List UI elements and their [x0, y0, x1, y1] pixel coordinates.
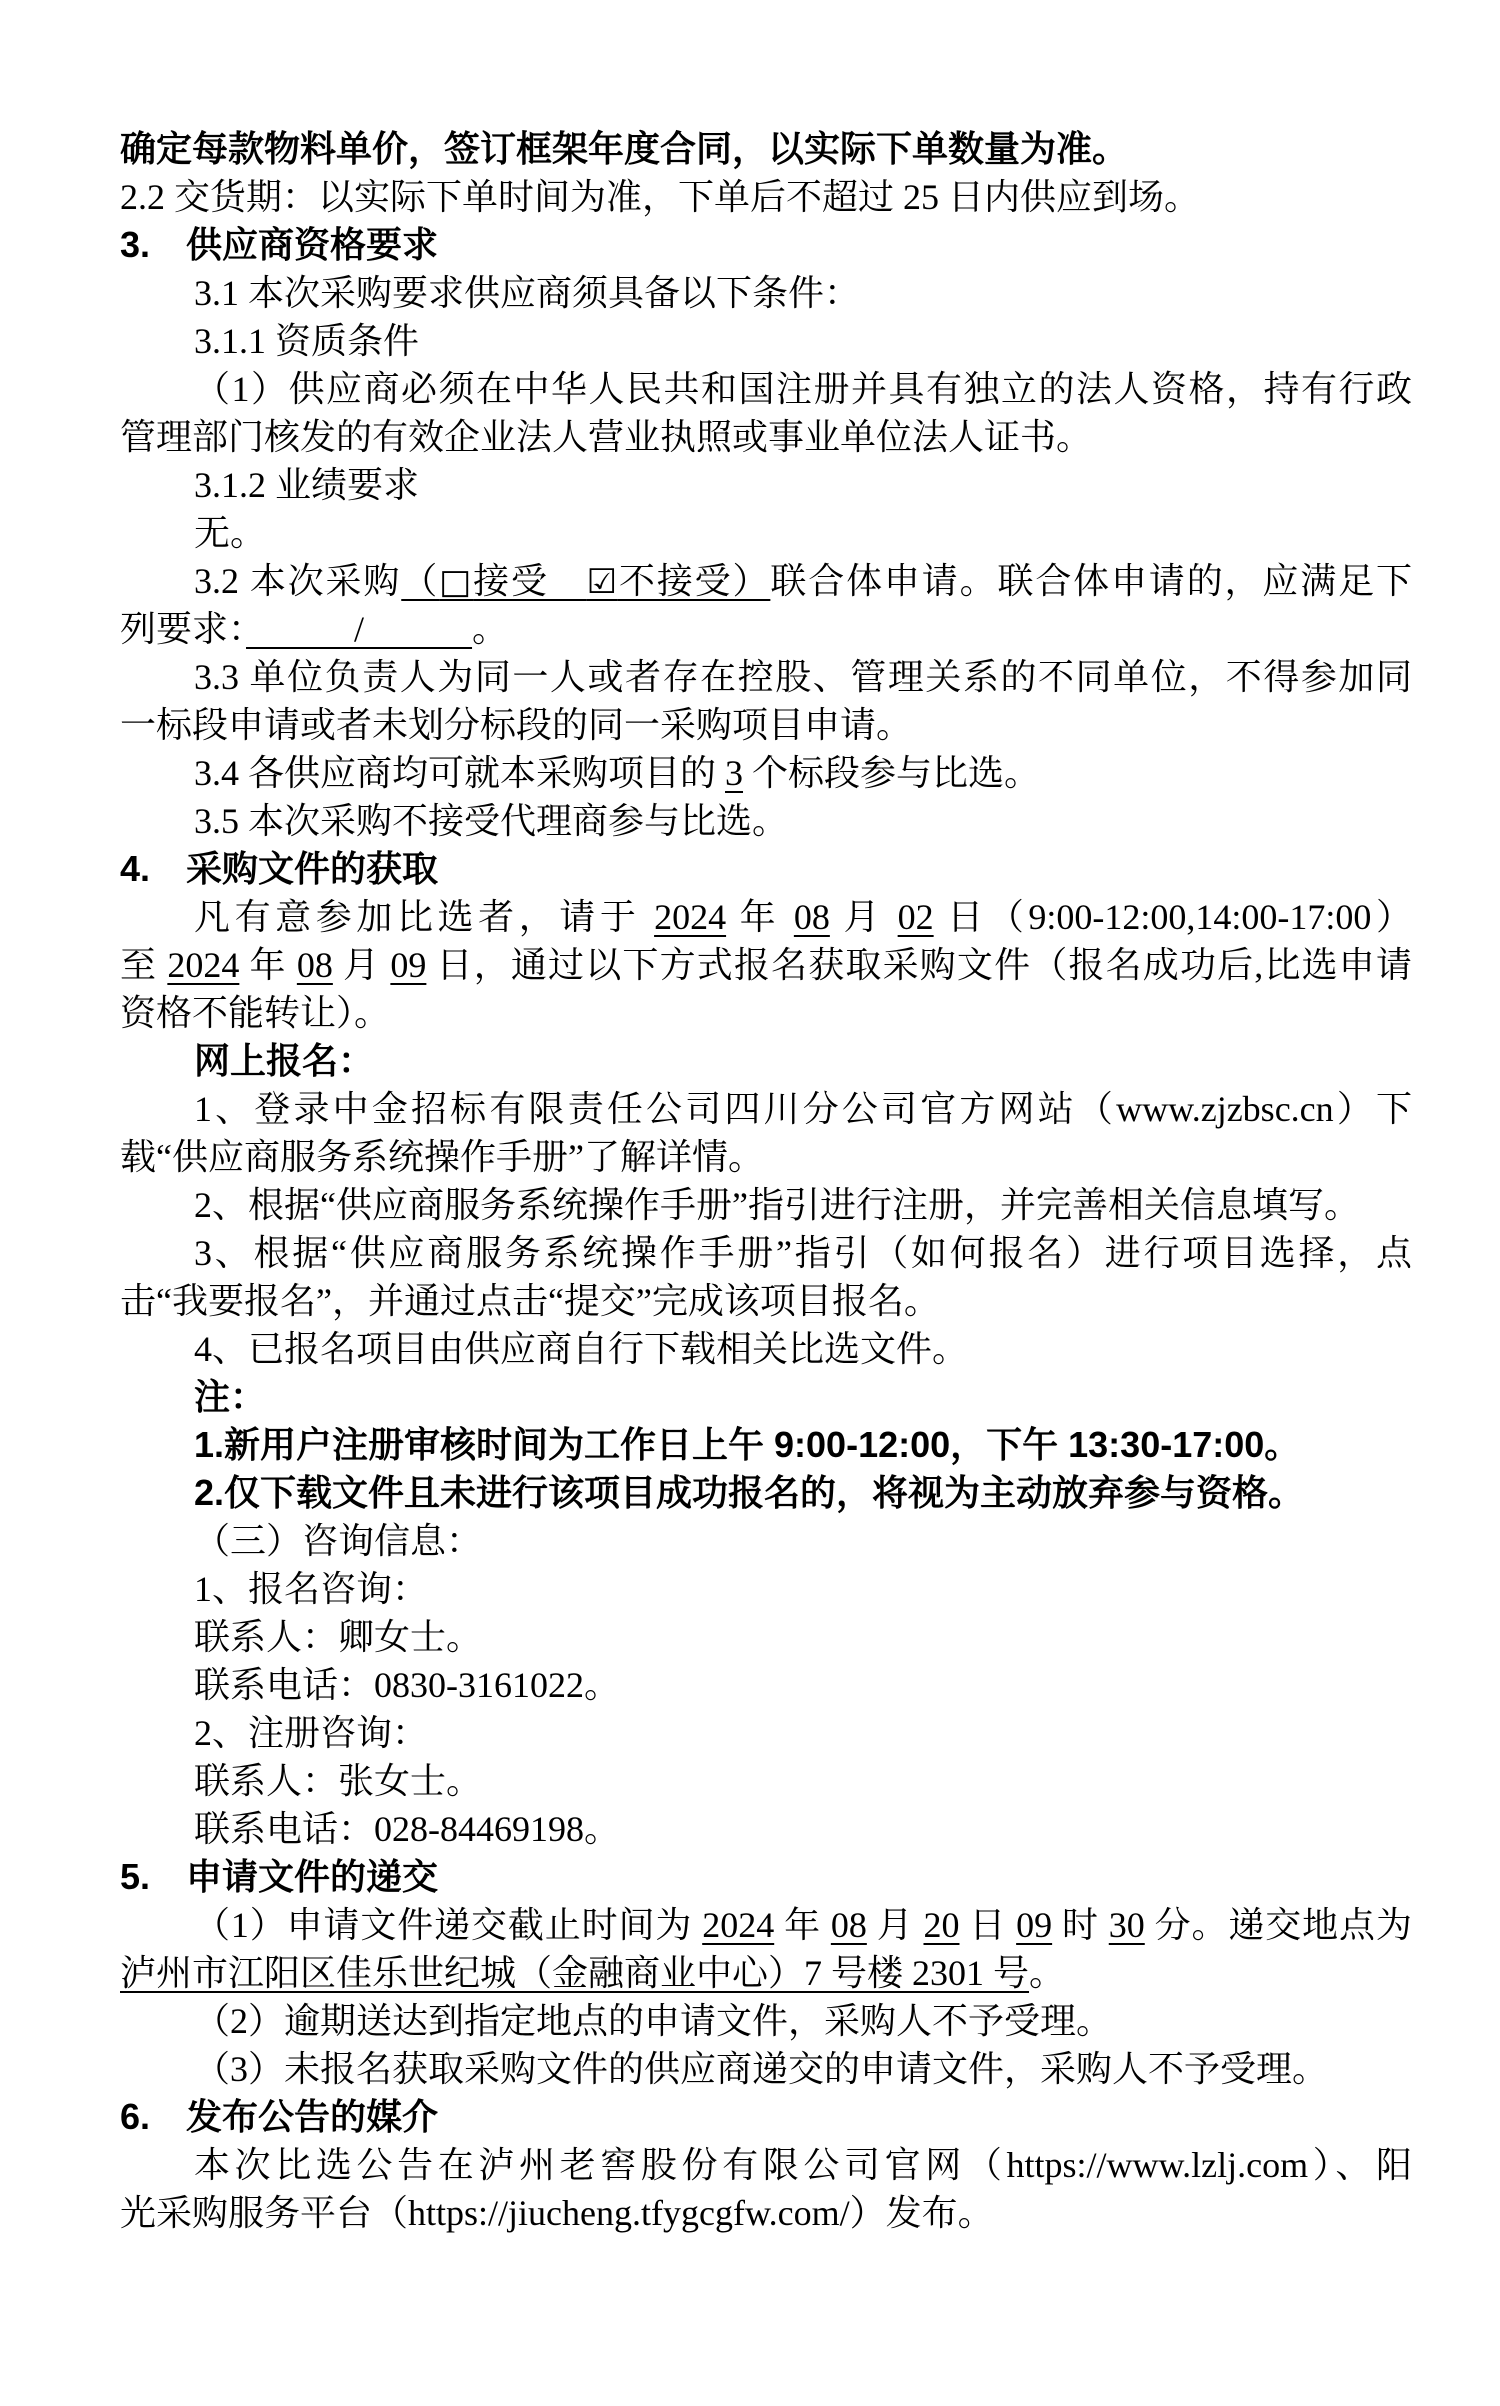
- document-line: （1）申请文件递交截止时间为 2024 年 08 月 20 日 09 时 30 …: [120, 1901, 1412, 1949]
- document-line: 列要求： / 。: [120, 605, 1412, 653]
- document-line: （3）未报名获取采购文件的供应商递交的申请文件，采购人不予受理。: [120, 2045, 1412, 2093]
- document-line: 资格不能转让）。: [120, 989, 1412, 1037]
- document-line: 3.3 单位负责人为同一人或者存在控股、管理关系的不同单位，不得参加同: [120, 653, 1412, 701]
- document-line: （2）逾期送达到指定地点的申请文件，采购人不予受理。: [120, 1997, 1412, 2045]
- text-run: 日: [959, 1905, 1016, 1945]
- text-run: 3.4 各供应商均可就本采购项目的: [194, 753, 725, 793]
- underlined-text: 2024: [167, 945, 239, 985]
- text-run: 联系电话：0830-3161022。: [194, 1665, 620, 1705]
- underlined-text: 3: [725, 753, 743, 793]
- underlined-text: 02: [898, 897, 934, 937]
- text-run: （2）逾期送达到指定地点的申请文件，采购人不予受理。: [194, 2001, 1112, 2041]
- document-line: 管理部门核发的有效企业法人营业执照或事业单位法人证书。: [120, 413, 1412, 461]
- text-run: 确定每款物料单价，签订框架年度合同，以实际下单数量为准。: [120, 128, 1128, 169]
- text-run: 管理部门核发的有效企业法人营业执照或事业单位法人证书。: [120, 417, 1092, 457]
- document-line: 载“供应商服务系统操作手册”了解详情。: [120, 1133, 1412, 1181]
- text-run: 3.1.1 资质条件: [194, 321, 419, 361]
- underlined-text: 09: [1016, 1905, 1052, 1945]
- document-line: 1.新用户注册审核时间为工作日上午 9:00-12:00，下午 13:30-17…: [120, 1421, 1412, 1469]
- underlined-text: 泸州市江阳区佳乐世纪城（金融商业中心）7 号楼 2301 号: [120, 1953, 1029, 1993]
- text-run: 资格不能转让）。: [120, 993, 390, 1033]
- document-line: 3.1.1 资质条件: [120, 317, 1412, 365]
- text-run: 年: [726, 897, 794, 937]
- text-run: 2、根据“供应商服务系统操作手册”指引进行注册，并完善相关信息填写。: [194, 1185, 1360, 1225]
- text-run: 2.2 交货期：以实际下单时间为准，下单后不超过 25 日内供应到场。: [120, 177, 1200, 217]
- document-line: 无。: [120, 509, 1412, 557]
- text-run: 4、已报名项目由供应商自行下载相关比选文件。: [194, 1329, 968, 1369]
- document-line: 6. 发布公告的媒介: [120, 2093, 1412, 2141]
- document-line: 泸州市江阳区佳乐世纪城（金融商业中心）7 号楼 2301 号。: [120, 1949, 1412, 1997]
- text-run: 。: [1029, 1953, 1065, 1993]
- document-page: 确定每款物料单价，签订框架年度合同，以实际下单数量为准。2.2 交货期：以实际下…: [0, 0, 1500, 2406]
- text-run: 日（9:00-12:00,14:00-17:00）: [934, 897, 1412, 937]
- underlined-text: 2024: [702, 1905, 774, 1945]
- text-run: 3.3 单位负责人为同一人或者存在控股、管理关系的不同单位，不得参加同: [194, 657, 1412, 697]
- document-line: 光采购服务平台（https://jiucheng.tfygcgfw.com/）发…: [120, 2189, 1412, 2237]
- document-line: 本次比选公告在泸州老窖股份有限公司官网（https://www.lzlj.com…: [120, 2141, 1412, 2189]
- underlined-text: 30: [1109, 1905, 1145, 1945]
- document-line: 网上报名：: [120, 1037, 1412, 1085]
- text-run: 联系人：张女士。: [194, 1761, 482, 1801]
- text-run: 1、报名咨询：: [194, 1569, 428, 1609]
- document-line: 2.2 交货期：以实际下单时间为准，下单后不超过 25 日内供应到场。: [120, 173, 1412, 221]
- underlined-text: 08: [831, 1905, 867, 1945]
- document-line: 一标段申请或者未划分标段的同一采购项目申请。: [120, 701, 1412, 749]
- text-run: （三）咨询信息：: [194, 1521, 482, 1561]
- text-run: 本次比选公告在泸州老窖股份有限公司官网（https://www.lzlj.com…: [194, 2145, 1412, 2185]
- text-run: 无。: [194, 513, 266, 553]
- text-run: 。: [472, 609, 508, 649]
- underlined-text: 08: [794, 897, 830, 937]
- underlined-text: 09: [390, 945, 426, 985]
- underlined-text: /: [246, 609, 472, 649]
- text-run: 联系人：卿女士。: [194, 1617, 482, 1657]
- text-run: 联系电话：028-84469198。: [194, 1809, 620, 1849]
- document-line: 3. 供应商资格要求: [120, 221, 1412, 269]
- document-line: 联系人：张女士。: [120, 1757, 1412, 1805]
- text-run: 至: [120, 945, 167, 985]
- document-line: 2.仅下载文件且未进行该项目成功报名的，将视为主动放弃参与资格。: [120, 1469, 1412, 1517]
- text-run: 网上报名：: [194, 1040, 374, 1081]
- document-line: （三）咨询信息：: [120, 1517, 1412, 1565]
- text-run: 列要求：: [120, 609, 246, 649]
- text-run: 5. 申请文件的递交: [120, 1856, 438, 1897]
- text-run: 3.2 本次采购: [194, 561, 401, 601]
- text-run: （1）申请文件递交截止时间为: [194, 1905, 702, 1945]
- underlined-text: 不接受）: [617, 561, 770, 601]
- text-run: 年: [239, 945, 297, 985]
- document-line: 2、根据“供应商服务系统操作手册”指引进行注册，并完善相关信息填写。: [120, 1181, 1412, 1229]
- underlined-text: （: [401, 561, 439, 601]
- text-run: 光采购服务平台（https://jiucheng.tfygcgfw.com/）发…: [120, 2193, 994, 2233]
- document-line: 2、注册咨询：: [120, 1709, 1412, 1757]
- text-run: 6. 发布公告的媒介: [120, 2096, 438, 2137]
- text-run: 击“我要报名”，并通过点击“提交”完成该项目报名。: [120, 1281, 940, 1321]
- text-run: （1）供应商必须在中华人民共和国注册并具有独立的法人资格，持有行政: [194, 369, 1412, 409]
- text-run: 时: [1052, 1905, 1109, 1945]
- document-line: 3.1 本次采购要求供应商须具备以下条件：: [120, 269, 1412, 317]
- document-line: 3.1.2 业绩要求: [120, 461, 1412, 509]
- document-line: 3.2 本次采购（□接受 ☑不接受）联合体申请。联合体申请的，应满足下: [120, 557, 1412, 605]
- document-line: 4. 采购文件的获取: [120, 845, 1412, 893]
- text-run: 月: [867, 1905, 924, 1945]
- text-run: 1、登录中金招标有限责任公司四川分公司官方网站（www.zjzbsc.cn）下: [194, 1089, 1412, 1129]
- text-run: 2.仅下载文件且未进行该项目成功报名的，将视为主动放弃参与资格。: [194, 1472, 1304, 1513]
- checked-checkbox-icon: ☑: [587, 562, 617, 602]
- text-run: 一标段申请或者未划分标段的同一采购项目申请。: [120, 705, 912, 745]
- document-line: 3.5 本次采购不接受代理商参与比选。: [120, 797, 1412, 845]
- text-run: 3.5 本次采购不接受代理商参与比选。: [194, 801, 788, 841]
- text-run: 月: [830, 897, 898, 937]
- text-run: 注：: [194, 1376, 266, 1417]
- document-line: 3.4 各供应商均可就本采购项目的 3 个标段参与比选。: [120, 749, 1412, 797]
- text-run: 2、注册咨询：: [194, 1713, 428, 1753]
- document-line: 5. 申请文件的递交: [120, 1853, 1412, 1901]
- document-line: 联系电话：0830-3161022。: [120, 1661, 1412, 1709]
- text-run: 1.新用户注册审核时间为工作日上午 9:00-12:00，下午 13:30-17…: [194, 1424, 1300, 1465]
- text-run: 分。递交地点为: [1145, 1905, 1412, 1945]
- underlined-text: 08: [297, 945, 333, 985]
- document-line: 1、报名咨询：: [120, 1565, 1412, 1613]
- underlined-text: 2024: [654, 897, 726, 937]
- text-run: 4. 采购文件的获取: [120, 848, 438, 889]
- text-run: 3. 供应商资格要求: [120, 224, 438, 265]
- document-line: （1）供应商必须在中华人民共和国注册并具有独立的法人资格，持有行政: [120, 365, 1412, 413]
- text-run: 日，通过以下方式报名获取采购文件（报名成功后,比选申请: [426, 945, 1412, 985]
- text-run: 年: [774, 1905, 831, 1945]
- underlined-text: 20: [923, 1905, 959, 1945]
- document-line: 击“我要报名”，并通过点击“提交”完成该项目报名。: [120, 1277, 1412, 1325]
- text-run: 3、根据“供应商服务系统操作手册”指引（如何报名）进行项目选择，点: [194, 1233, 1412, 1273]
- text-run: （3）未报名获取采购文件的供应商递交的申请文件，采购人不予受理。: [194, 2049, 1328, 2089]
- text-run: 3.1 本次采购要求供应商须具备以下条件：: [194, 273, 860, 313]
- text-run: 月: [333, 945, 391, 985]
- text-run: 个标段参与比选。: [743, 753, 1040, 793]
- document-line: 3、根据“供应商服务系统操作手册”指引（如何报名）进行项目选择，点: [120, 1229, 1412, 1277]
- document-line: 1、登录中金招标有限责任公司四川分公司官方网站（www.zjzbsc.cn）下: [120, 1085, 1412, 1133]
- text-run: 联合体申请。联合体申请的，应满足下: [770, 561, 1412, 601]
- text-run: 载“供应商服务系统操作手册”了解详情。: [120, 1137, 764, 1177]
- text-run: 3.1.2 业绩要求: [194, 465, 419, 505]
- empty-checkbox-icon: □: [439, 562, 473, 602]
- text-run: 凡有意参加比选者，请于: [194, 897, 654, 937]
- document-line: 至 2024 年 08 月 09 日，通过以下方式报名获取采购文件（报名成功后,…: [120, 941, 1412, 989]
- document-line: 注：: [120, 1373, 1412, 1421]
- underlined-text: 接受: [473, 561, 587, 601]
- document-line: 联系电话：028-84469198。: [120, 1805, 1412, 1853]
- document-line: 4、已报名项目由供应商自行下载相关比选文件。: [120, 1325, 1412, 1373]
- document-line: 确定每款物料单价，签订框架年度合同，以实际下单数量为准。: [120, 125, 1412, 173]
- document-line: 凡有意参加比选者，请于 2024 年 08 月 02 日（9:00-12:00,…: [120, 893, 1412, 941]
- document-line: 联系人：卿女士。: [120, 1613, 1412, 1661]
